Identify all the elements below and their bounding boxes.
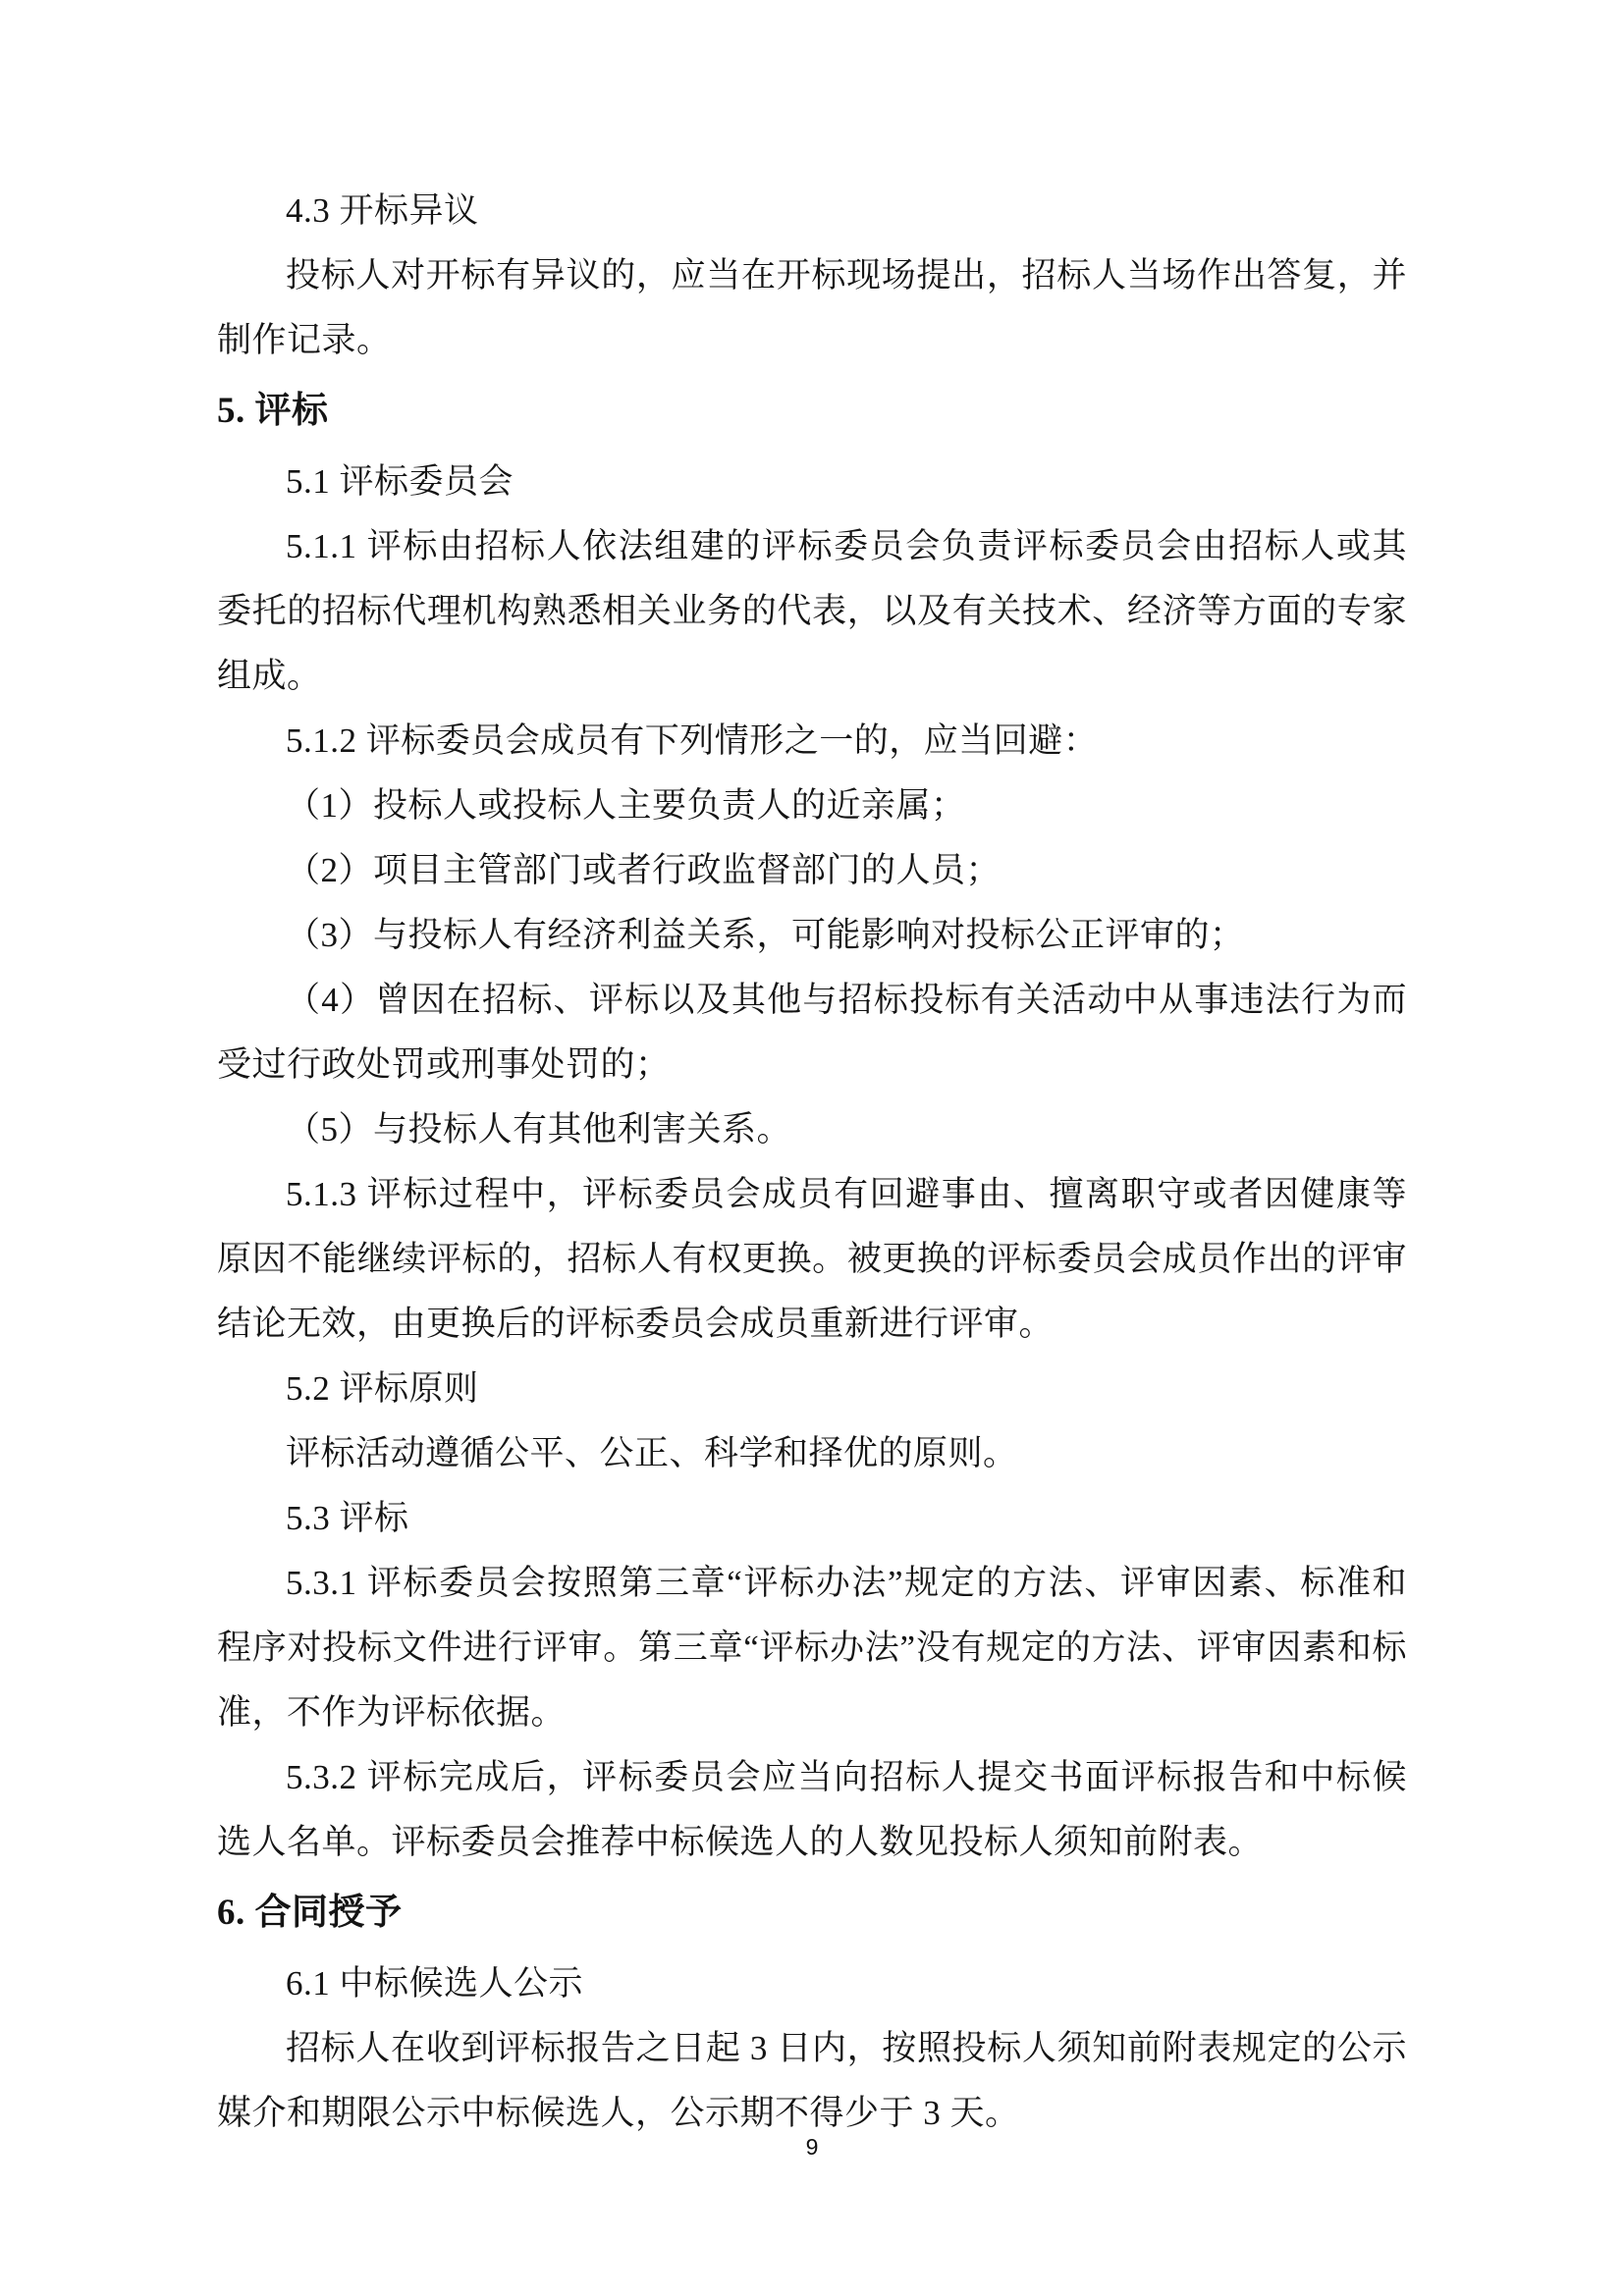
clause-5-1-3-paragraph: 5.1.3 评标过程中，评标委员会成员有回避事由、擅离职守或者因健康等原因不能继… xyxy=(217,1162,1407,1357)
clause-5-2-paragraph: 评标活动遵循公平、公正、科学和择优的原则。 xyxy=(217,1421,1407,1486)
clause-4-3-paragraph: 投标人对开标有异议的，应当在开标现场提出，招标人当场作出答复，并制作记录。 xyxy=(217,243,1407,373)
page-number: 9 xyxy=(0,2132,1624,2162)
clause-5-3-subheading: 5.3 评标 xyxy=(217,1486,1407,1551)
clause-4-3-subheading: 4.3 开标异议 xyxy=(217,179,1407,243)
clause-5-1-1-paragraph: 5.1.1 评标由招标人依法组建的评标委员会负责评标委员会由招标人或其委托的招标… xyxy=(217,514,1407,709)
document-page: 4.3 开标异议 投标人对开标有异议的，应当在开标现场提出，招标人当场作出答复，… xyxy=(0,0,1624,2296)
document-body: 4.3 开标异议 投标人对开标有异议的，应当在开标现场提出，招标人当场作出答复，… xyxy=(217,0,1407,2146)
clause-6-1-subheading: 6.1 中标候选人公示 xyxy=(217,1951,1407,2016)
list-item-1: （1）投标人或投标人主要负责人的近亲属； xyxy=(217,774,1407,838)
clause-5-3-2-paragraph: 5.3.2 评标完成后，评标委员会应当向招标人提交书面评标报告和中标候选人名单。… xyxy=(217,1745,1407,1875)
clause-5-1-subheading: 5.1 评标委员会 xyxy=(217,450,1407,514)
section-5-heading: 5. 评标 xyxy=(217,379,1407,444)
list-item-3: （3）与投标人有经济利益关系，可能影响对投标公正评审的； xyxy=(217,903,1407,968)
list-item-4: （4）曾因在招标、评标以及其他与招标投标有关活动中从事违法行为而受过行政处罚或刑… xyxy=(217,968,1407,1097)
clause-5-3-1-paragraph: 5.3.1 评标委员会按照第三章“评标办法”规定的方法、评审因素、标准和程序对投… xyxy=(217,1551,1407,1745)
list-item-5: （5）与投标人有其他利害关系。 xyxy=(217,1097,1407,1162)
clause-5-2-subheading: 5.2 评标原则 xyxy=(217,1357,1407,1421)
section-6-heading: 6. 合同授予 xyxy=(217,1881,1407,1946)
clause-6-1-paragraph: 招标人在收到评标报告之日起 3 日内，按照投标人须知前附表规定的公示媒介和期限公… xyxy=(217,2016,1407,2146)
list-item-2: （2）项目主管部门或者行政监督部门的人员； xyxy=(217,838,1407,903)
clause-5-1-2-paragraph: 5.1.2 评标委员会成员有下列情形之一的，应当回避： xyxy=(217,709,1407,774)
